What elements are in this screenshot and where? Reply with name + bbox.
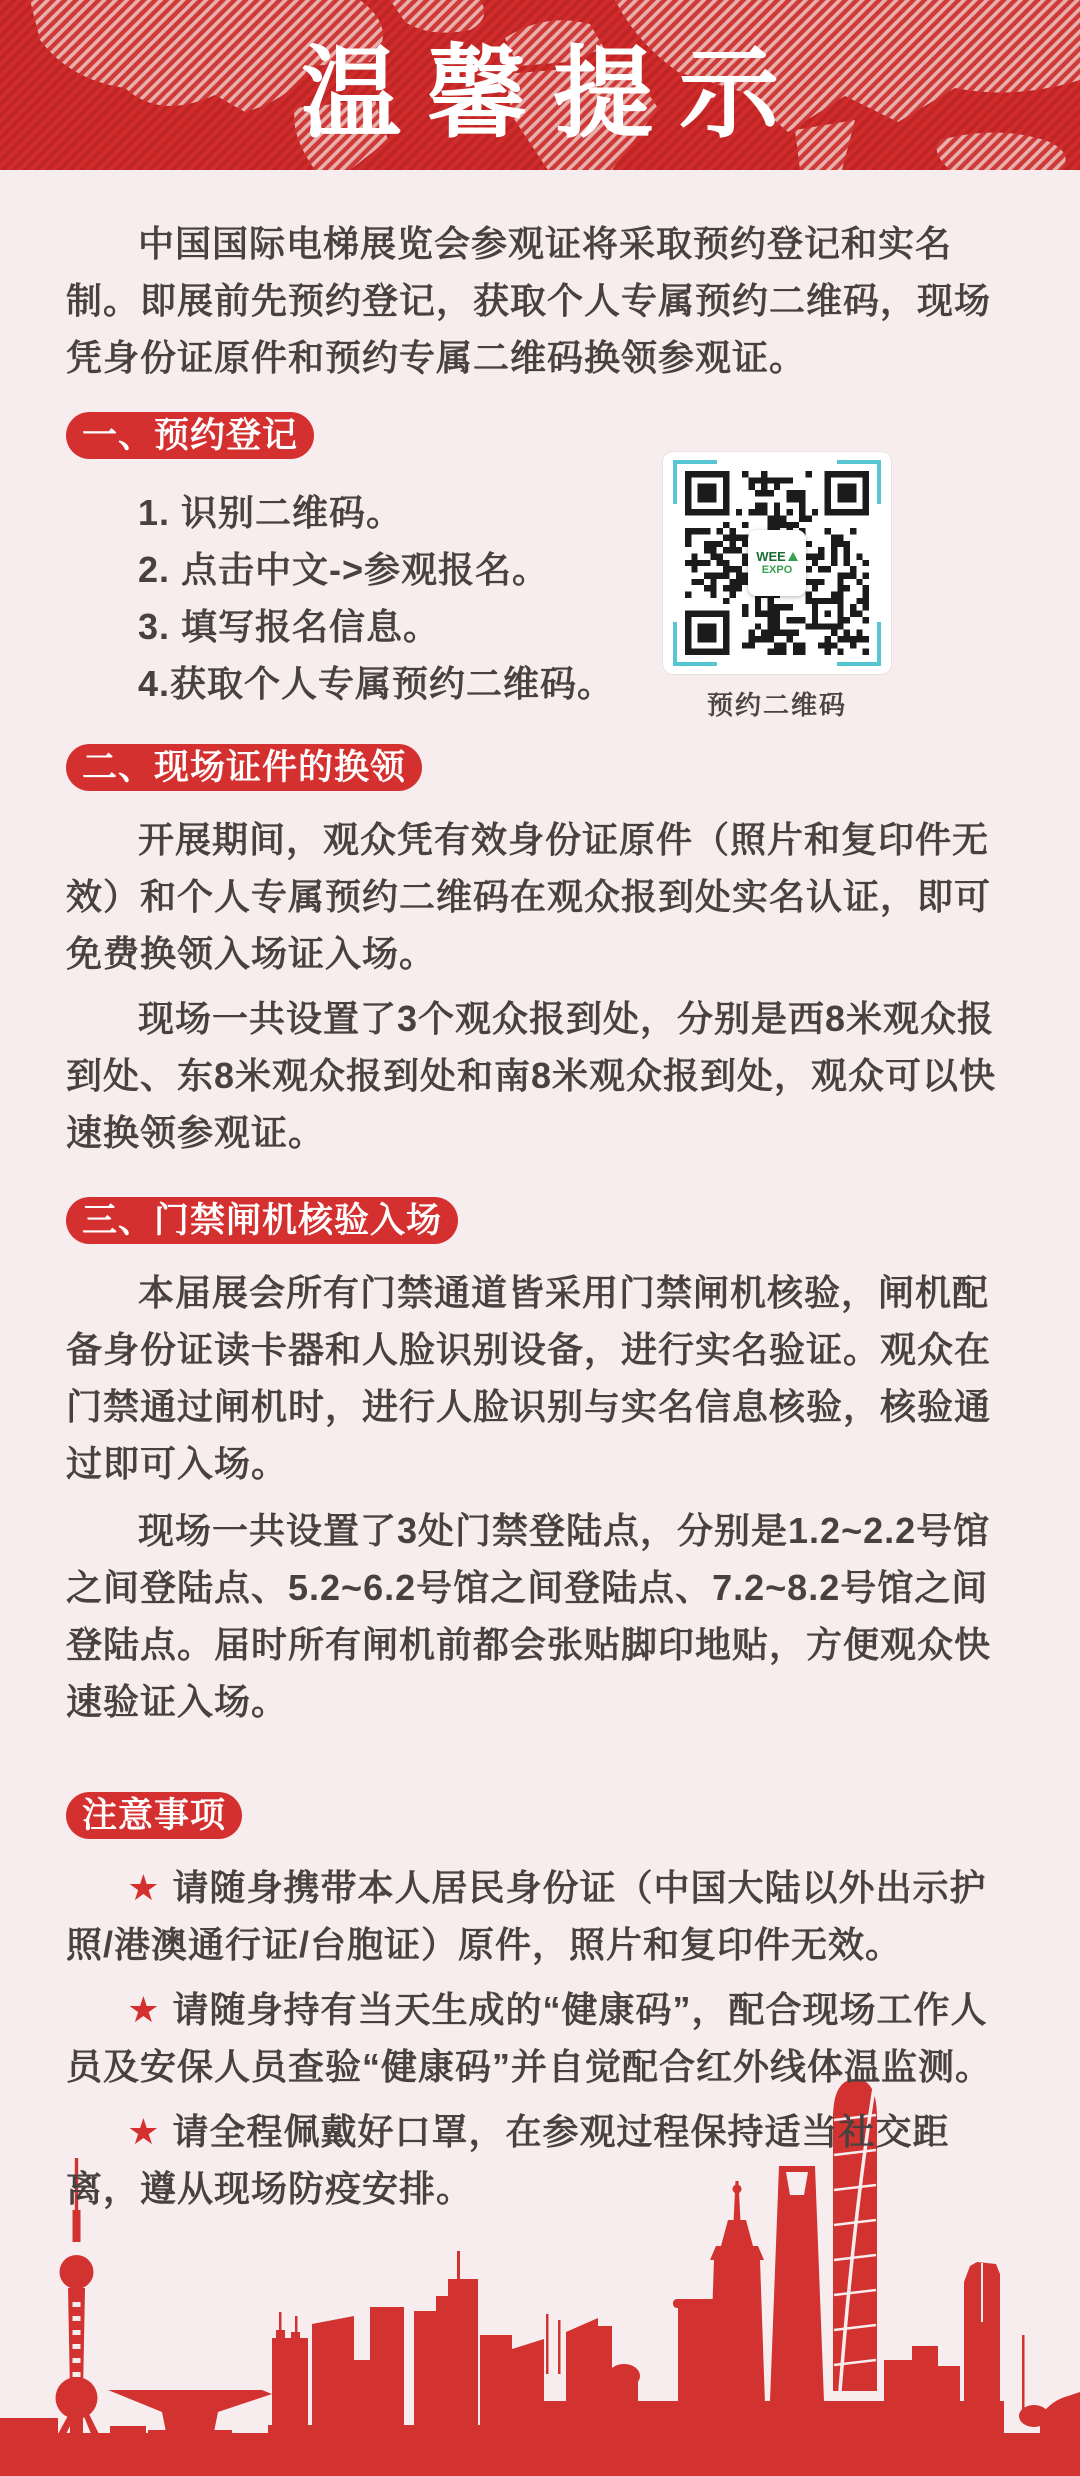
note-text: 请随身持有当天生成的“健康码”，配合现场工作人员及安保人员查验“健康码”并自觉配… [66, 1989, 992, 2087]
note-text: 请全程佩戴好口罩，在参观过程保持适当社交距离，遵从现场防疫安排。 [66, 2111, 949, 2209]
logo-leaf-icon [788, 552, 798, 561]
notes-title-badge: 注意事项 [66, 1792, 242, 1839]
note-item: ★请随身持有当天生成的“健康码”，配合现场工作人员及安保人员查验“健康码”并自觉… [66, 1981, 1014, 2095]
star-icon: ★ [127, 2111, 160, 2152]
paragraph: 现场一共设置了3处门禁登陆点，分别是1.2~2.2号馆之间登陆点、5.2~6.2… [66, 1502, 1014, 1730]
page-title: 温馨提示 [0, 0, 1080, 170]
qr-frame-bracket [673, 460, 717, 504]
note-text: 请随身携带本人居民身份证（中国大陆以外出示护照/港澳通行证/台胞证）原件，照片和… [66, 1867, 986, 1965]
section1-title-badge: 一、预约登记 [66, 412, 314, 459]
section-appointment: 一、预约登记 1. 识别二维码。 2. 点击中文->参观报名。 3. 填写报名信… [66, 412, 1014, 744]
qr-frame-bracket [837, 460, 881, 504]
intro-paragraph: 中国国际电梯展览会参观证将采取预约登记和实名制。即展前先预约登记，获取个人专属预… [66, 215, 1014, 386]
qr-frame-bracket [673, 622, 717, 666]
paragraph: 本届展会所有门禁通道皆采用门禁闸机核验，闸机配备身份证读卡器和人脸识别设备，进行… [66, 1264, 1014, 1492]
section3-title-badge: 三、门禁闸机核验入场 [66, 1197, 458, 1244]
notice-body: 中国国际电梯展览会参观证将采取预约登记和实名制。即展前先预约登记，获取个人专属预… [0, 215, 1080, 2217]
qr-logo-text-bottom: EXPO [762, 564, 793, 577]
qr-logo-text-top: WEE [756, 549, 786, 564]
qr-caption: 预约二维码 [663, 692, 891, 718]
qr-frame-bracket [837, 622, 881, 666]
star-icon: ★ [127, 1867, 160, 1908]
paragraph: 现场一共设置了3个观众报到处，分别是西8米观众报到处、东8米观众报到处和南8米观… [66, 990, 1014, 1161]
paragraph: 开展期间，观众凭有效身份证原件（照片和复印件无效）和个人专属预约二维码在观众报到… [66, 811, 1014, 982]
qr-logo: WEE EXPO [748, 530, 806, 596]
qr-code-block: WEE EXPO 预约二维码 [663, 452, 891, 718]
section2-title-badge: 二、现场证件的换领 [66, 744, 422, 791]
note-item: ★请随身携带本人居民身份证（中国大陆以外出示护照/港澳通行证/台胞证）原件，照片… [66, 1859, 1014, 1973]
qr-code-card: WEE EXPO [663, 452, 891, 674]
note-item: ★请全程佩戴好口罩，在参观过程保持适当社交距离，遵从现场防疫安排。 [66, 2103, 1014, 2217]
star-icon: ★ [127, 1989, 160, 2030]
header-banner: 温馨提示 [0, 0, 1080, 170]
